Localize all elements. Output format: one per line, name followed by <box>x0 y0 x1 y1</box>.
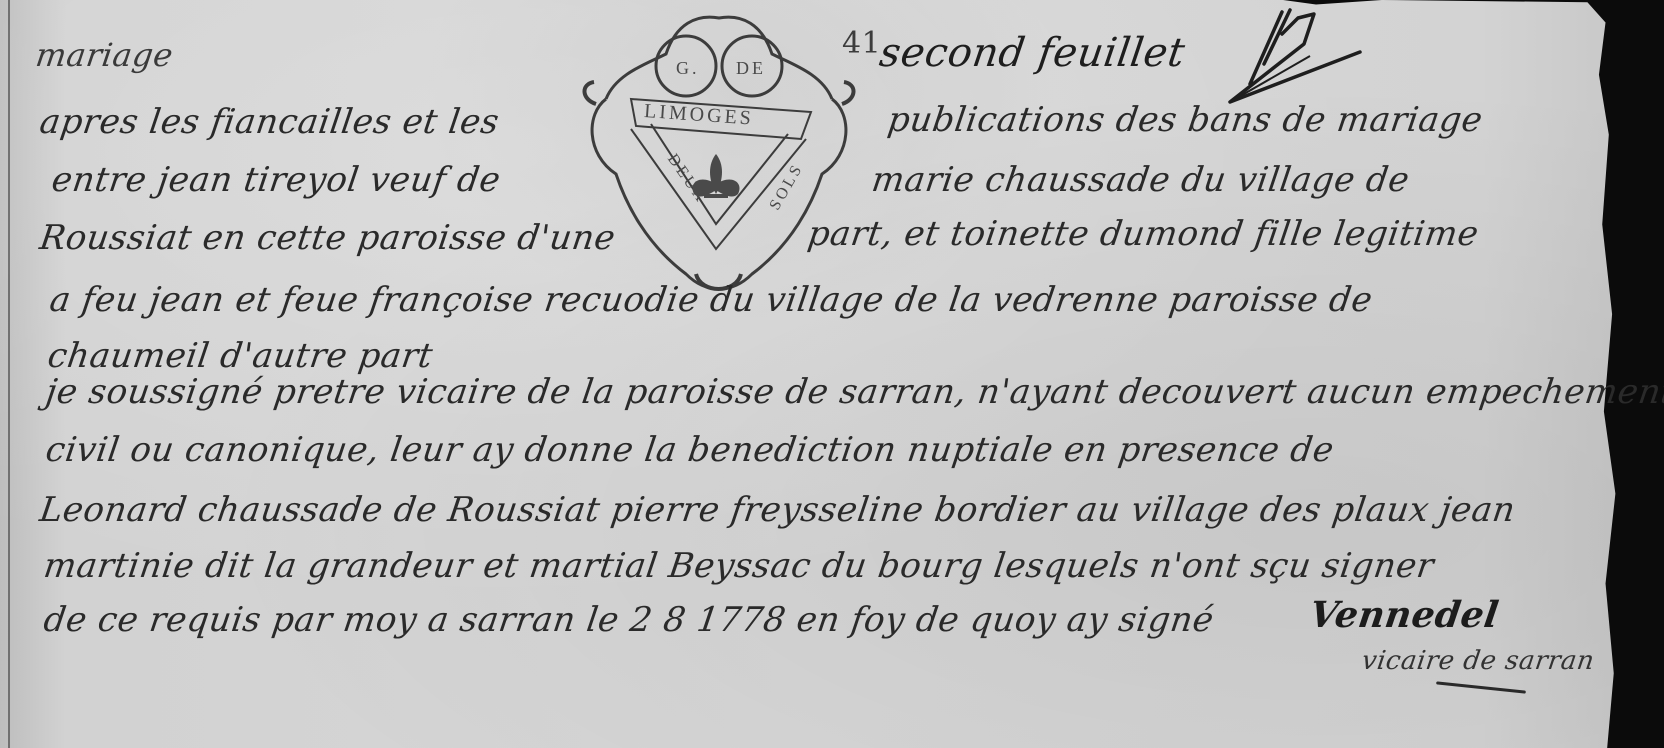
record-line-1: apres les fiancailles et les <box>37 102 502 142</box>
margin-rule <box>8 0 10 748</box>
fleur-de-lis-stamp-icon: G. DE LIMOGES DEUX SOLS <box>576 4 862 304</box>
record-line-1b: publications des bans de mariage <box>885 100 1485 140</box>
record-line-3: Roussiat en cette paroisse d'une <box>37 218 618 258</box>
record-line-2: entre jean tireyol veuf de <box>49 160 503 200</box>
record-line-3b: part, et toinette dumond fille legitime <box>805 214 1481 254</box>
document-scan: mariage 41 second feuillet G. DE <box>0 0 1664 748</box>
svg-text:SOLS: SOLS <box>766 160 806 213</box>
signature-title: vicaire de sarran <box>1360 646 1596 676</box>
signature-name: Vennedel <box>1307 594 1501 636</box>
record-line-8: Leonard chaussade de Roussiat pierre fre… <box>37 490 1518 530</box>
stamp-medallion-right: DE <box>736 58 766 78</box>
record-line-7: civil ou canonique, leur ay donne la ben… <box>43 430 1336 470</box>
folio-label: second feuillet <box>877 30 1188 76</box>
stamp-medallion-left: G. <box>676 58 700 78</box>
record-line-10: de ce requis par moy a sarran le 2 8 177… <box>41 600 1216 640</box>
record-line-9: martinie dit la grandeur et martial Beys… <box>41 546 1436 586</box>
margin-heading: mariage <box>33 36 175 74</box>
stamp-banner: LIMOGES <box>643 100 754 130</box>
svg-text:DEUX: DEUX <box>664 151 710 207</box>
paraph-flourish-icon <box>1190 4 1370 104</box>
record-line-5: chaumeil d'autre part <box>45 336 435 376</box>
record-line-2b: marie chaussade du village de <box>869 160 1412 200</box>
record-line-6: je soussigné pretre vicaire de la parois… <box>43 372 1664 412</box>
record-line-4: a feu jean et feue françoise recuodie du… <box>47 280 1375 320</box>
